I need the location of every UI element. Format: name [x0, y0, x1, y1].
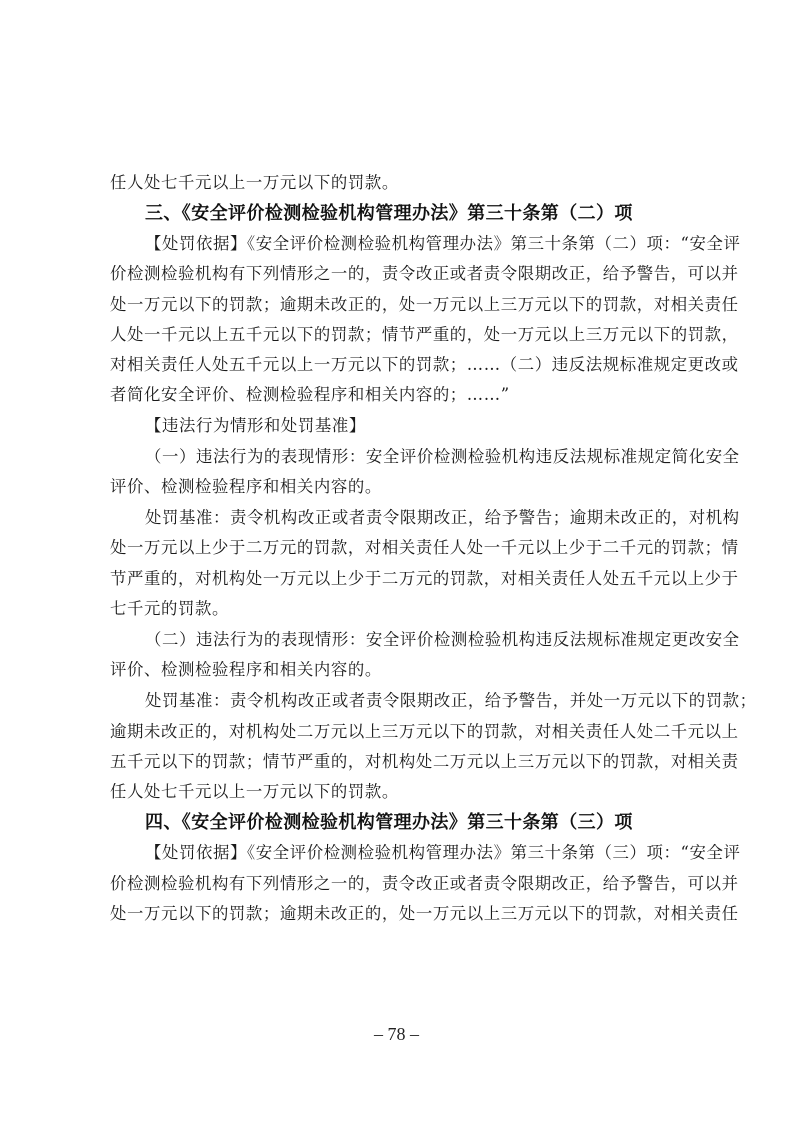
paragraph-first-line: （二）违法行为的表现情形：安全评价检测检验机构违反法规标准规定更改安全	[145, 630, 686, 650]
paragraph-line: 节严重的，对机构处一万元以上少于二万元的罚款，对相关责任人处五千元以上少于	[110, 569, 686, 589]
paragraph-last-line: 评价、检测检验程序和相关内容的。	[110, 477, 686, 497]
paragraph-line: 价检测检验机构有下列情形之一的，责令改正或者责令限期改正，给予警告，可以并	[110, 264, 686, 284]
paragraph-first-line: （一）违法行为的表现情形：安全评价检测检验机构违反法规标准规定简化安全	[145, 447, 686, 467]
paragraph-last-line: 者简化安全评价、检测检验程序和相关内容的；……”	[110, 385, 686, 405]
paragraph-line: 处一万元以下的罚款；逾期未改正的，处一万元以上三万元以下的罚款，对相关责任	[110, 295, 686, 315]
subsection-label: 【违法行为情形和处罚基准】	[145, 416, 686, 436]
paragraph-last-line: 评价、检测检验程序和相关内容的。	[110, 660, 686, 680]
section-heading: 四、《安全评价检测检验机构管理办法》第三十条第（三）项	[145, 813, 633, 833]
paragraph-line: 价检测检验机构有下列情形之一的，责令改正或者责令限期改正，给予警告，可以并	[110, 874, 686, 894]
paragraph-line: 人处一千元以上五千元以下的罚款；情节严重的，处一万元以上三万元以下的罚款，	[110, 325, 686, 345]
document-page: 任人处七千元以上一万元以下的罚款。三、《安全评价检测检验机构管理办法》第三十条第…	[0, 0, 793, 1122]
paragraph-first-line: 【处罚依据】《安全评价检测检验机构管理办法》第三十条第（三）项：“安全评	[145, 843, 686, 863]
paragraph-line: 处一万元以下的罚款；逾期未改正的，处一万元以上三万元以下的罚款，对相关责任	[110, 904, 686, 924]
paragraph-line: 处一万元以上少于二万元的罚款，对相关责任人处一千元以上少于二千元的罚款；情	[110, 538, 686, 558]
paragraph-first-line: 处罚基准：责令机构改正或者责令限期改正，给予警告，并处一万元以下的罚款；	[145, 691, 686, 711]
section-heading: 三、《安全评价检测检验机构管理办法》第三十条第（二）项	[145, 204, 633, 224]
paragraph-last-line: 任人处七千元以上一万元以下的罚款。	[110, 782, 686, 802]
paragraph-line: 逾期未改正的，对机构处二万元以上三万元以下的罚款，对相关责任人处二千元以上	[110, 722, 686, 742]
paragraph-line: 五千元以下的罚款；情节严重的，对机构处二万元以上三万元以下的罚款，对相关责	[110, 752, 686, 772]
paragraph-line: 对相关责任人处五千元以上一万元以下的罚款；……（二）违反法规标准规定更改或	[110, 355, 686, 375]
page-number: – 78 –	[0, 1024, 793, 1045]
paragraph-first-line: 【处罚依据】《安全评价检测检验机构管理办法》第三十条第（二）项：“安全评	[145, 234, 686, 254]
paragraph-last-line: 七千元的罚款。	[110, 599, 686, 619]
paragraph-last-line: 任人处七千元以上一万元以下的罚款。	[110, 173, 686, 193]
paragraph-first-line: 处罚基准：责令机构改正或者责令限期改正，给予警告；逾期未改正的，对机构	[145, 508, 686, 528]
